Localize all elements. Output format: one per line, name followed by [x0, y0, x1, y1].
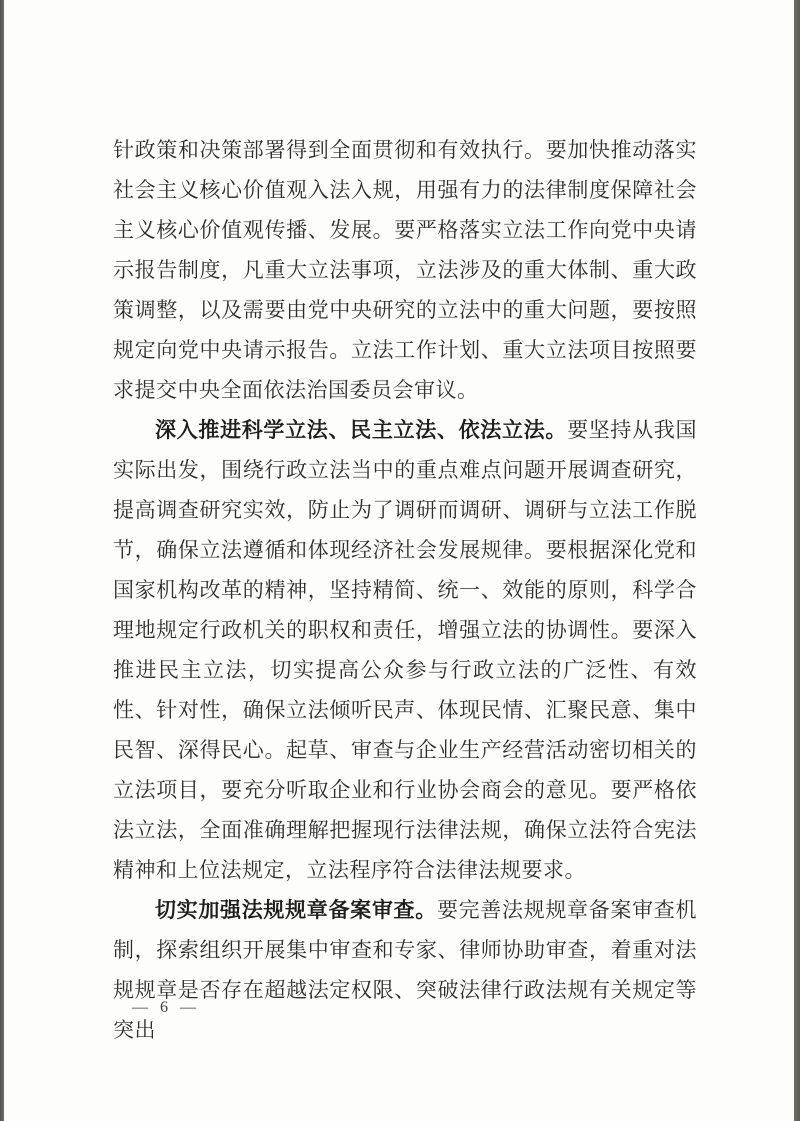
paragraph-scientific-legislation: 深入推进科学立法、民主立法、依法立法。要坚持从我国实际出发，围绕行政立法当中的重… — [113, 410, 697, 890]
document-body: 针政策和决策部署得到全面贯彻和有效执行。要加快推动落实社会主义核心价值观入法入规… — [113, 130, 697, 1050]
paragraph-record-review: 切实加强法规规章备案审查。要完善法规规章备案审查机制，探索组织开展集中审查和专家… — [113, 890, 697, 1050]
document-page: 针政策和决策部署得到全面贯彻和有效执行。要加快推动落实社会主义核心价值观入法入规… — [0, 0, 800, 1121]
scan-edge-left — [0, 0, 4, 1121]
paragraph-lead-text: 切实加强法规规章备案审查。 — [155, 898, 437, 922]
paragraph-body-text: 要坚持从我国实际出发，围绕行政立法当中的重点难点问题开展调查研究，提高调查研究实… — [113, 418, 697, 882]
paragraph-body-text: 针政策和决策部署得到全面贯彻和有效执行。要加快推动落实社会主义核心价值观入法入规… — [113, 138, 697, 402]
paragraph-lead-text: 深入推进科学立法、民主立法、依法立法。 — [155, 418, 567, 442]
scan-edge-right — [794, 0, 800, 1121]
page-number: — 6 — — [132, 999, 200, 1017]
paragraph-continuation: 针政策和决策部署得到全面贯彻和有效执行。要加快推动落实社会主义核心价值观入法入规… — [113, 130, 697, 410]
